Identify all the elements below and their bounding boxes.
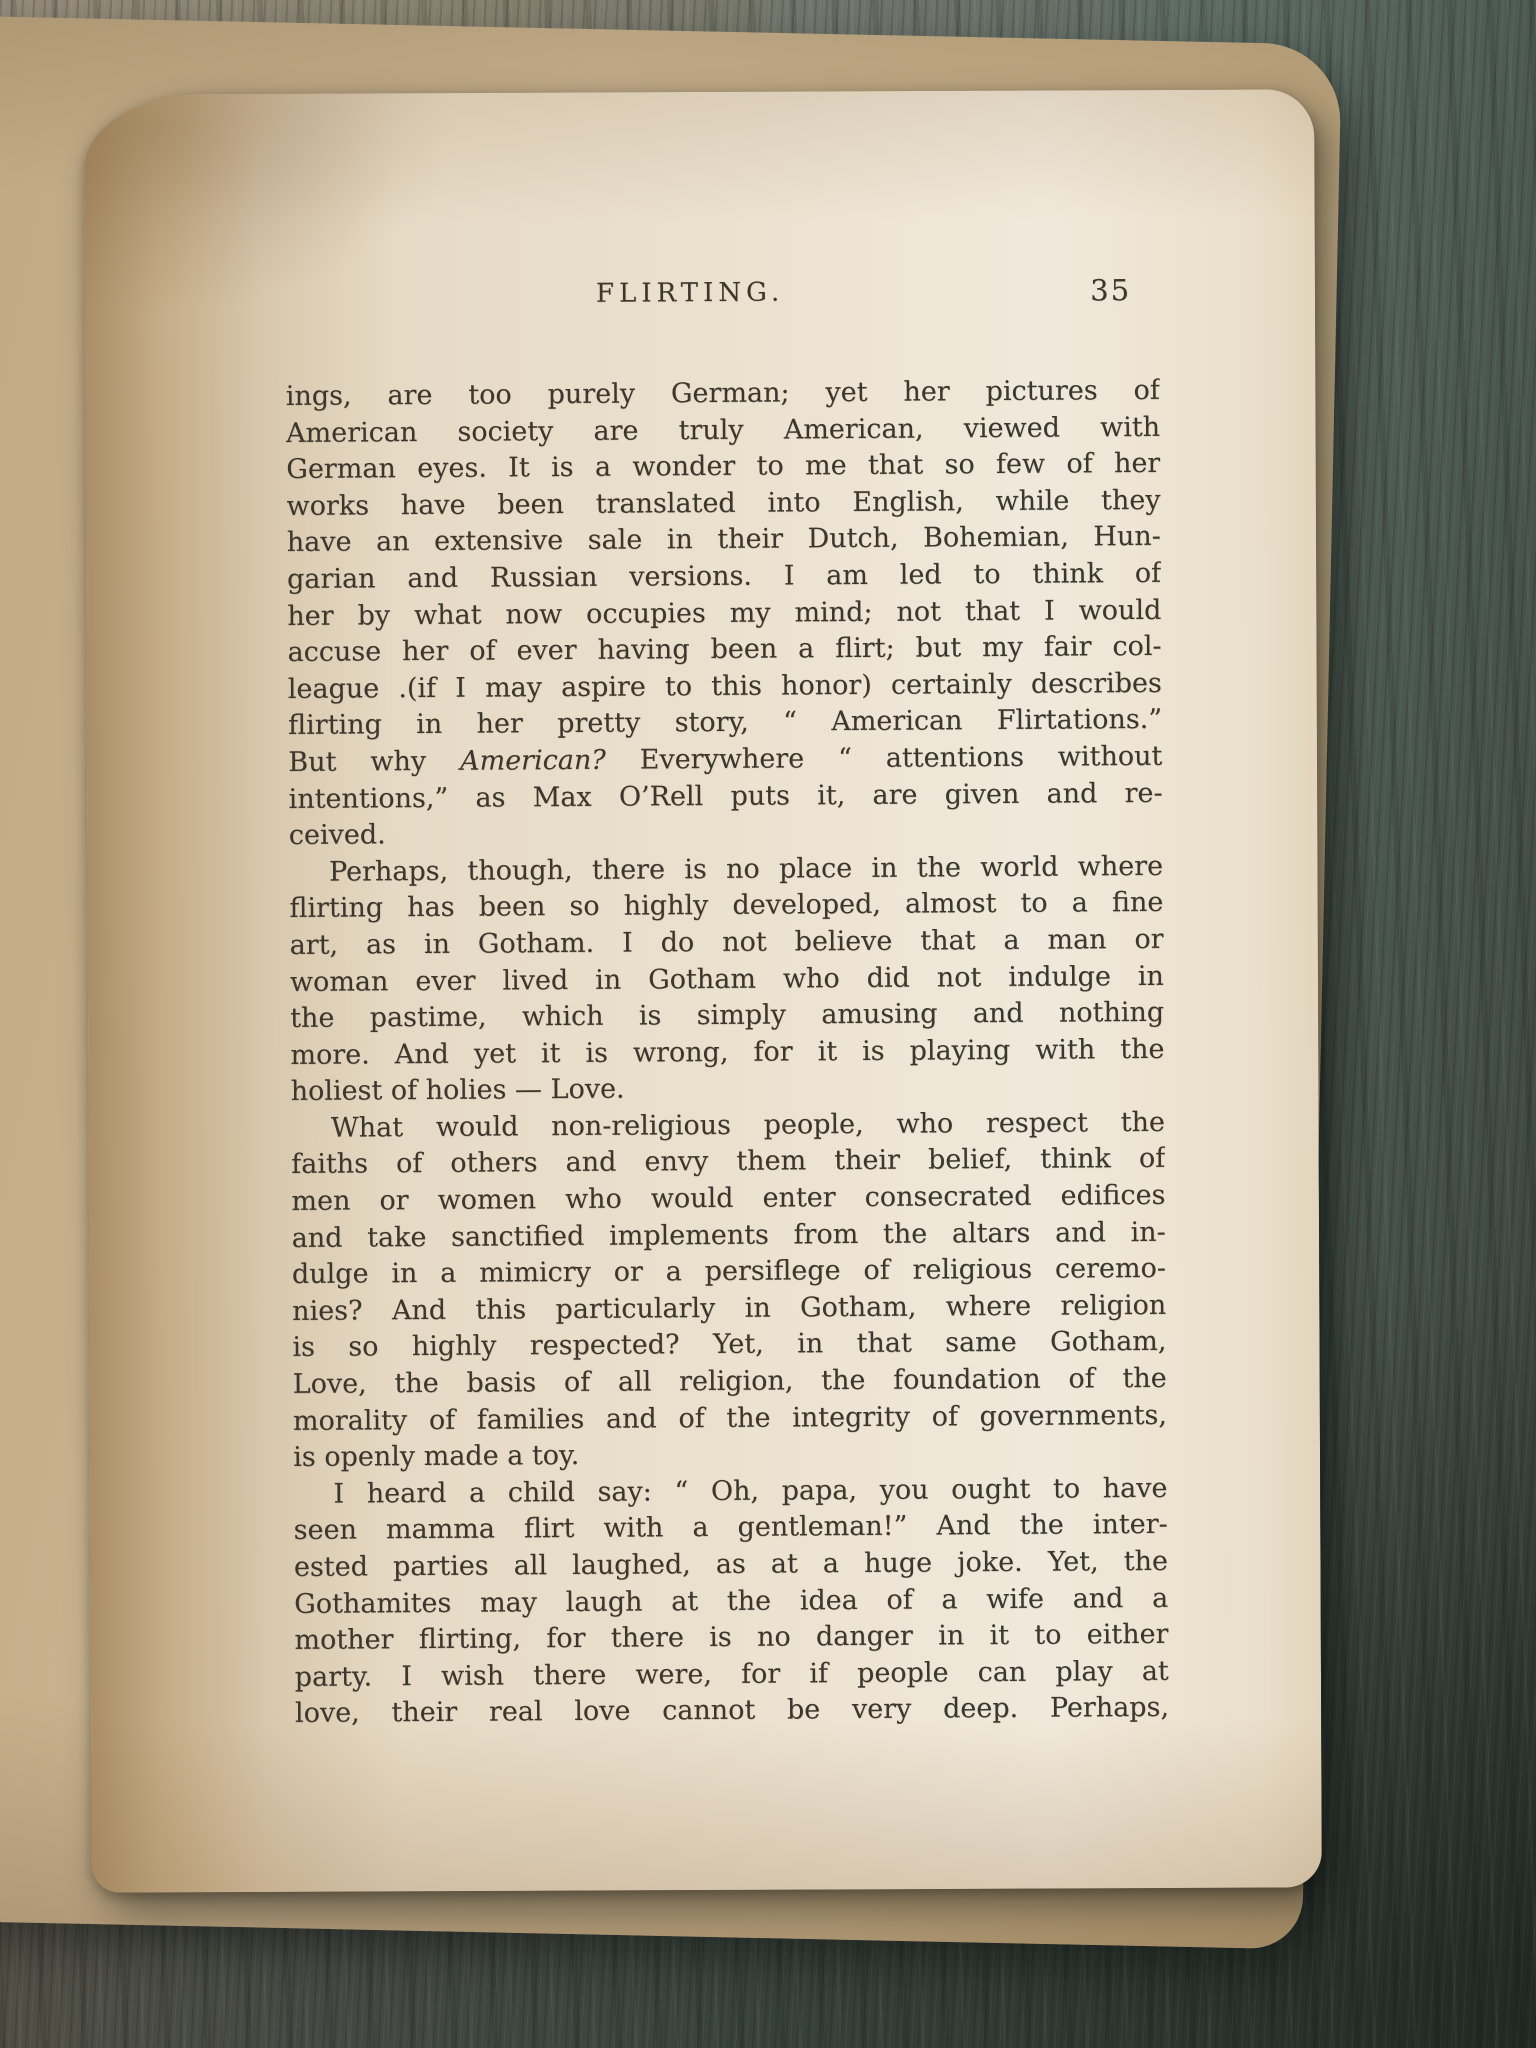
text-line: Perhaps, though, there is no place in th… [289,849,1163,892]
text-line: What would non-religious people, who res… [291,1105,1165,1148]
text-line: Gothamites may laugh at the idea of a wi… [294,1580,1168,1623]
book-page: FLIRTING. 35 ings, are too purely German… [84,89,1322,1892]
text-line: works have been translated into English,… [286,483,1160,526]
text-line: flirting in her pretty story, “ American… [288,702,1162,745]
running-header-title: FLIRTING. [285,275,1159,311]
body-text: ings, are too purely German; yet her pic… [286,373,1169,1733]
text-line: But why American? Everywhere “ attention… [288,739,1162,782]
text-line: love, their real love cannot be very dee… [295,1690,1169,1733]
text-line: have an extensive sale in their Dutch, B… [287,519,1161,562]
text-line: nies? And this particularly in Gotham, w… [292,1288,1166,1331]
text-line: American society are truly American, vie… [286,409,1160,452]
text-line: art, as in Gotham. I do not believe that… [290,922,1164,965]
text-line: seen mamma flirt with a gentleman!” And … [294,1507,1168,1550]
text-line: and take sanctified implements from the … [292,1214,1166,1257]
text-line: is so highly respected? Yet, in that sam… [292,1324,1166,1367]
text-line: I heard a child say: “ Oh, papa, you oug… [293,1471,1167,1514]
text-line: German eyes. It is a wonder to me that s… [286,446,1160,489]
text-line: party. I wish there were, for if people … [295,1654,1169,1697]
text-line: Love, the basis of all religion, the fou… [293,1361,1167,1404]
text-line: men or women who would enter consecrated… [291,1178,1165,1221]
text-line: mother flirting, for there is no danger … [294,1617,1168,1660]
text-line: more. And yet it is wrong, for it is pla… [290,1032,1164,1075]
page-number: 35 [1090,273,1131,307]
text-line: garian and Russian versions. I am led to… [287,556,1161,599]
text-line: flirting has been so highly developed, a… [289,885,1163,928]
wood-table-surface: FLIRTING. 35 ings, are too purely German… [0,0,1536,2048]
text-line: faiths of others and envy them their bel… [291,1141,1165,1184]
text-line: ings, are too purely German; yet her pic… [286,373,1160,416]
text-line: accuse her of ever having been a flirt; … [287,629,1161,672]
text-line: ested parties all laughed, as at a huge … [294,1544,1168,1587]
text-line: league .(if I may aspire to this honor) … [288,666,1162,709]
page-content: FLIRTING. 35 ings, are too purely German… [285,275,1169,1733]
text-line: dulge in a mimicry or a persiflege of re… [292,1251,1166,1294]
text-line: morality of families and of the integrit… [293,1397,1167,1440]
text-line: intentions,” as Max O’Rell puts it, are … [288,775,1162,818]
text-line: woman ever lived in Gotham who did not i… [290,958,1164,1001]
text-line: is openly made a toy. [293,1434,1167,1477]
text-line: her by what now occupies my mind; not th… [287,592,1161,635]
text-line: ceived. [289,812,1163,855]
text-line: the pastime, which is simply amusing and… [290,995,1164,1038]
page-header: FLIRTING. 35 [285,275,1159,323]
text-line: holiest of holies — Love. [291,1068,1165,1111]
